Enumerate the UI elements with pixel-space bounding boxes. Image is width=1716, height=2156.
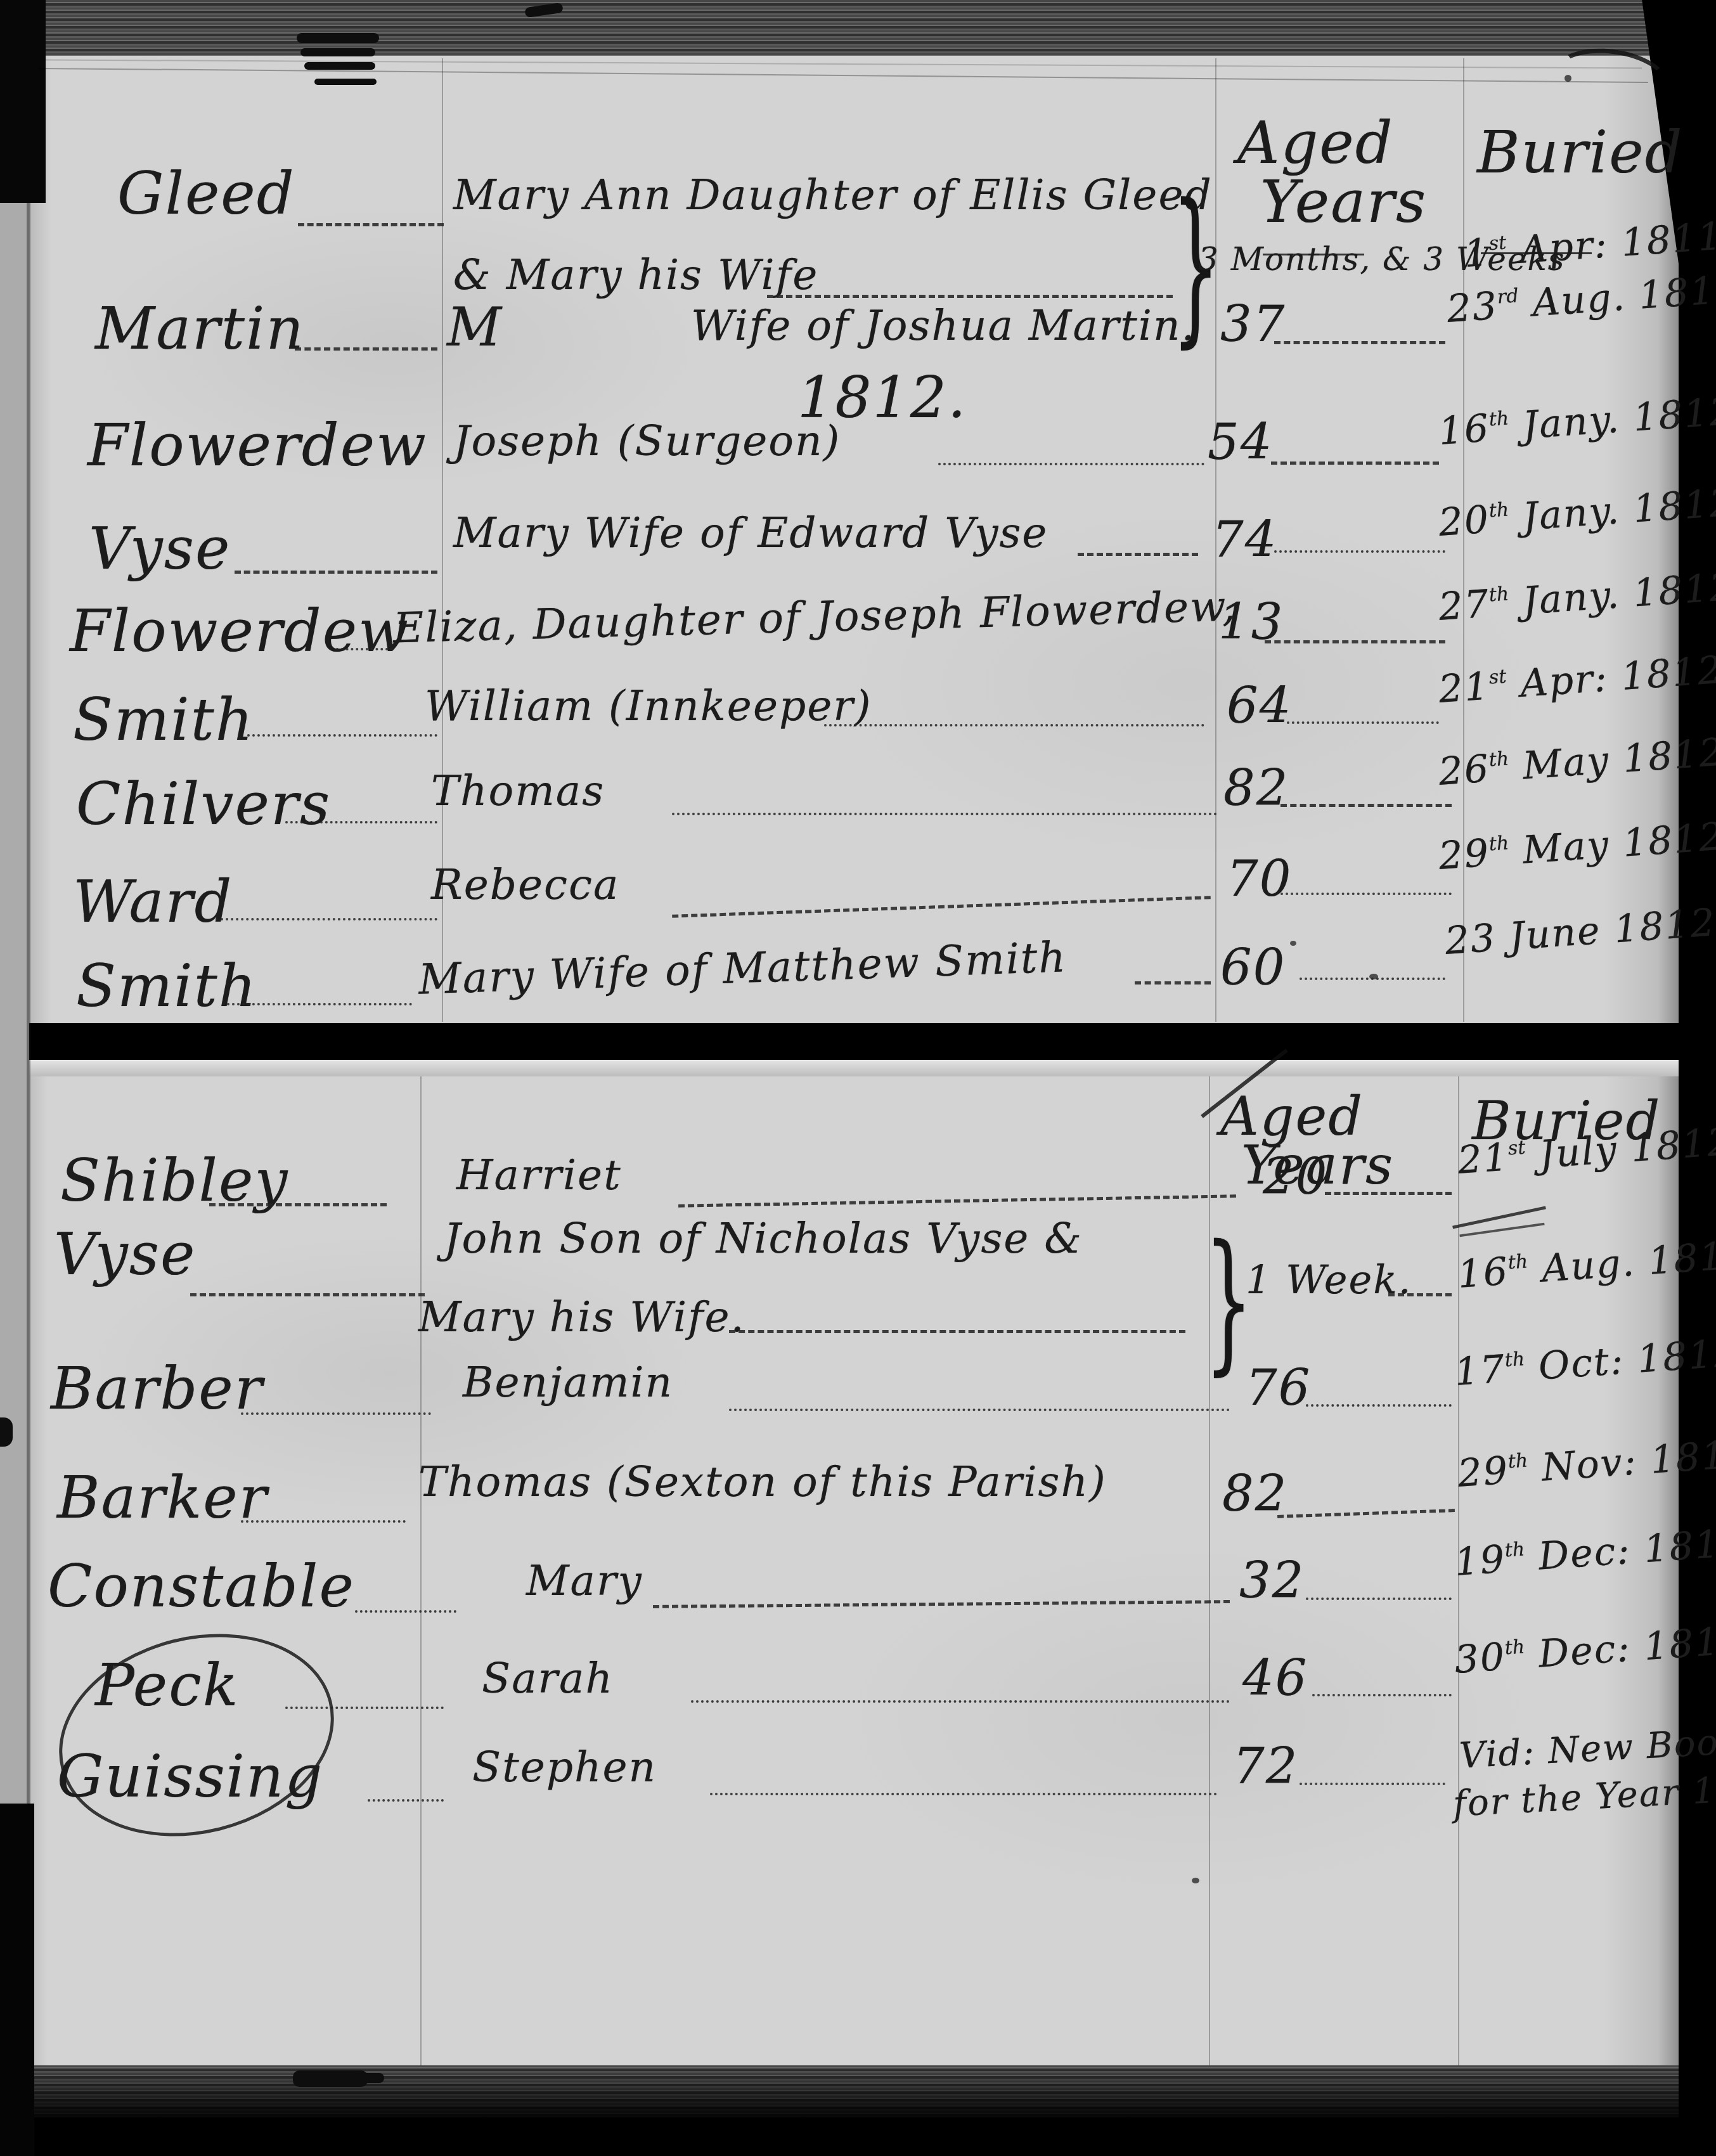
age-value: 46 <box>1242 1652 1308 1707</box>
leader-dots <box>336 648 393 650</box>
age-value: 74 <box>1212 513 1277 568</box>
burial-day: 1 <box>1462 230 1491 276</box>
leader-dots <box>824 724 1204 726</box>
book-bottom-edge-fade <box>0 2065 1716 2122</box>
leader-dots <box>1306 1404 1452 1407</box>
age-value: 20 <box>1263 1151 1328 1205</box>
surname: Flowerdew <box>70 599 410 663</box>
age-value: 64 <box>1227 680 1292 734</box>
surname: Barker <box>57 1466 268 1530</box>
surname: Vyse <box>54 1222 196 1286</box>
leader-dots <box>222 1003 412 1005</box>
leader-dots <box>285 1707 444 1709</box>
entry-details: John Son of Nicholas Vyse & <box>444 1216 1083 1262</box>
leader-dashes <box>1274 341 1445 344</box>
entry-details: Sarah <box>482 1656 614 1702</box>
leader-dashes <box>767 295 1173 298</box>
age-value: 54 <box>1208 416 1273 470</box>
burial-day: 21 <box>1437 664 1491 712</box>
leader-dots <box>1306 1598 1452 1600</box>
age-value: 1 Week. <box>1246 1258 1412 1301</box>
entry-details: Thomas <box>431 768 605 815</box>
leader-dashes <box>1265 640 1445 643</box>
burial-day: 23 <box>1445 284 1499 332</box>
leader-dots <box>368 1799 444 1802</box>
leader-dots <box>729 1409 1230 1411</box>
burial-ordinal: th <box>1504 1538 1526 1561</box>
burial-ordinal: th <box>1488 498 1510 522</box>
age-value: 37 <box>1220 298 1286 352</box>
surname: Constable <box>48 1554 355 1618</box>
leader-dashes <box>235 571 437 574</box>
surname: Smith <box>76 954 257 1018</box>
surname: Peck <box>95 1653 240 1717</box>
leader-dashes <box>1078 553 1198 556</box>
entry-details: Thomas (Sexton of this Parish) <box>418 1459 1107 1506</box>
leader-dashes <box>209 1203 387 1206</box>
age-value: 82 <box>1222 1468 1287 1522</box>
ink-blot <box>297 33 379 43</box>
leader-dots <box>285 821 437 823</box>
column-rule <box>420 1076 422 2065</box>
age-value: 76 <box>1246 1362 1311 1416</box>
burial-ordinal: th <box>1488 407 1510 430</box>
leader-dots <box>247 734 437 737</box>
leader-dots <box>355 1610 456 1613</box>
surname: Flowerdew <box>87 413 427 477</box>
burial-ordinal: th <box>1488 583 1510 606</box>
leader-dashes <box>729 1330 1185 1333</box>
entry-details: & Mary his Wife <box>453 252 818 299</box>
leader-dots <box>691 1700 1230 1703</box>
surname: Ward <box>73 870 233 934</box>
surname: Gleed <box>117 162 295 226</box>
age-value: 32 <box>1239 1554 1305 1609</box>
entry-details: Wife of Joshua Martin. <box>691 303 1196 349</box>
burial-ordinal: th <box>1504 1636 1526 1659</box>
left-black-margin-top <box>0 0 46 203</box>
leader-dots <box>1312 1694 1452 1696</box>
leader-dots <box>710 1793 1217 1795</box>
entry-details: Joseph (Surgeon) <box>453 418 841 465</box>
left-underpage-strip <box>0 58 29 2062</box>
entry-details: Rebecca <box>431 862 619 908</box>
burial-day: 16 <box>1456 1249 1510 1297</box>
speck <box>1564 75 1571 82</box>
leader-dots <box>241 1412 431 1415</box>
ink-blot <box>355 2073 384 2083</box>
surname: Guissing <box>57 1745 323 1809</box>
burial-ordinal: st <box>1488 231 1507 255</box>
speck <box>1290 941 1296 946</box>
age-value: 72 <box>1233 1740 1298 1795</box>
burial-ordinal: th <box>1488 747 1510 771</box>
speck <box>1192 1878 1199 1883</box>
surname: Vyse <box>89 517 231 581</box>
entry-details: Mary his Wife. <box>418 1294 745 1341</box>
entry-details: Harriet <box>456 1152 622 1199</box>
burial-ordinal: th <box>1507 1250 1529 1274</box>
bottom-black-margin <box>0 2117 1716 2156</box>
burial-ordinal: th <box>1488 832 1510 855</box>
left-black-margin-bottom <box>0 1804 34 2156</box>
ink-blot <box>300 48 375 56</box>
burial-day: 19 <box>1453 1537 1507 1585</box>
burial-day: 26 <box>1437 747 1491 794</box>
leader-dashes <box>190 1293 425 1296</box>
leader-dashes <box>1325 1192 1452 1195</box>
leader-dots <box>1287 721 1439 724</box>
ink-blot <box>304 62 375 70</box>
leader-dots <box>241 1520 406 1523</box>
entry-details: Mary <box>526 1558 643 1604</box>
page-seam-shadow <box>0 1022 1689 1060</box>
page-seam-ridge <box>0 1060 1689 1076</box>
burial-ordinal: th <box>1507 1449 1529 1473</box>
entry-details: Benjamin <box>463 1360 673 1406</box>
leader-dashes <box>1281 804 1452 807</box>
left-fold-line <box>27 58 30 2055</box>
leader-dashes <box>298 223 444 226</box>
right-black-margin <box>1679 0 1716 2156</box>
leader-dashes <box>295 347 437 351</box>
burial-day: 21 <box>1456 1135 1510 1183</box>
leader-dots <box>938 463 1204 465</box>
surname: Barber <box>51 1357 264 1421</box>
age-value: 82 <box>1223 762 1289 817</box>
leader-dashes <box>1271 462 1439 465</box>
leader-dots <box>1300 1783 1445 1785</box>
burial-day: 27 <box>1437 582 1491 629</box>
ditto-mark: M <box>447 298 503 356</box>
burial-ordinal: st <box>1507 1137 1526 1160</box>
entry-details: Mary Wife of Edward Vyse <box>453 510 1048 557</box>
ink-blot <box>0 1417 13 1447</box>
entry-details: Stephen <box>472 1745 657 1791</box>
leader-dashes <box>1388 1293 1452 1296</box>
ink-blot <box>314 79 377 85</box>
burial-day: 17 <box>1453 1347 1507 1395</box>
leader-dashes <box>1135 981 1211 984</box>
burial-day: 16 <box>1437 406 1491 454</box>
burial-day: 23 <box>1443 916 1497 964</box>
entry-brace: } <box>1204 1227 1254 1379</box>
column-header-buried: Buried <box>1477 120 1684 184</box>
leader-dots <box>672 813 1217 815</box>
surname: Martin <box>95 297 305 361</box>
column-header-aged: Aged <box>1237 111 1394 175</box>
leader-dots <box>216 918 437 920</box>
age-value: 60 <box>1220 941 1286 996</box>
burial-day: 29 <box>1437 831 1491 879</box>
book-top-edge <box>0 0 1716 58</box>
burial-ordinal: st <box>1488 666 1507 689</box>
leader-dots <box>1281 893 1452 895</box>
leader-dots <box>1274 550 1445 553</box>
burial-ordinal: th <box>1504 1348 1526 1371</box>
entry-details: Mary Ann Daughter of Ellis Gleed <box>453 172 1213 219</box>
leader-dots <box>1300 978 1445 980</box>
surname: Chilvers <box>76 772 331 836</box>
column-header-years: Years <box>1260 170 1427 234</box>
burial-ordinal: rd <box>1497 285 1519 308</box>
burial-day: 20 <box>1437 498 1491 545</box>
surname: Smith <box>73 688 254 752</box>
burial-day: 30 <box>1453 1635 1507 1682</box>
entry-details: William (Innkeeper) <box>425 683 872 730</box>
age-value: 70 <box>1227 853 1292 907</box>
burial-day: 29 <box>1456 1449 1510 1496</box>
scanned-burial-register: Aged Years Buried Gleed Mary Ann Daughte… <box>0 0 1716 2156</box>
